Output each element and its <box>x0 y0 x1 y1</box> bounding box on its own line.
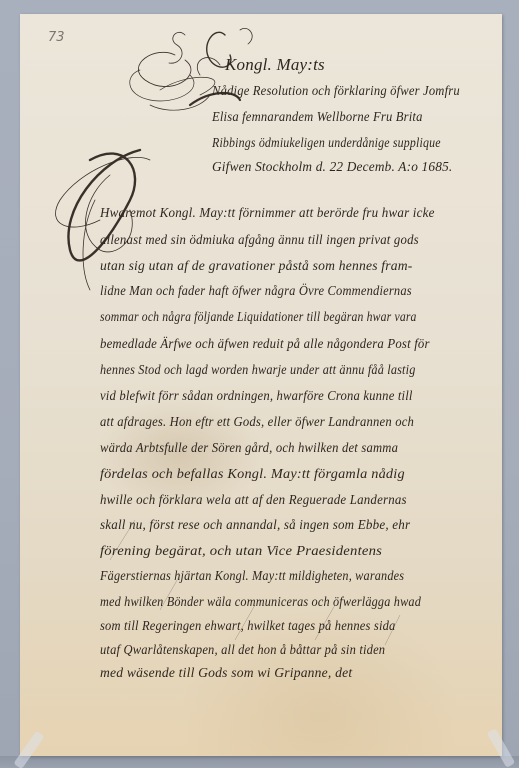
body-line-1: Hwaremot Kongl. May:tt förnimmer att ber… <box>100 205 435 221</box>
body-line-7: hennes Stod och lagd worden hwarje under… <box>100 362 416 378</box>
heading-line-3: Ribbings ödmiukeligen underdånige suppli… <box>212 136 441 152</box>
folio-number: 73 <box>48 30 65 45</box>
heading-line-2: Elisa femnarandem Wellborne Fru Brita <box>212 110 423 126</box>
heading-salutation: Kongl. May:ts <box>225 55 325 75</box>
body-line-2: allenast med sin ödmiuka afgång ännu til… <box>100 232 419 248</box>
body-line-17: som till Regeringen ehwart, hwilket tage… <box>100 618 395 634</box>
body-line-13: skall nu, först rese och annandal, så in… <box>100 517 410 533</box>
body-line-8: vid blefwit förr sådan ordningen, hwarfö… <box>100 388 413 404</box>
body-line-10: wärda Arbtsfulle der Sören gård, och hwi… <box>100 440 398 456</box>
body-line-12: hwille och förklara wela att af den Regu… <box>100 492 407 508</box>
body-line-14: förening begärat, och utan Vice Praeside… <box>100 543 382 559</box>
body-line-19: med wäsende till Gods som wi Gripanne, d… <box>100 665 352 681</box>
body-line-11: fördelas och befallas Kongl. May:tt förg… <box>100 466 405 482</box>
display-stand-base <box>0 756 519 768</box>
heading-line-4: Gifwen Stockholm d. 22 Decemb. A:o 1685. <box>212 160 452 176</box>
heading-line-1: Nådige Resolution och förklaring öfwer J… <box>212 84 460 100</box>
body-line-9: att afdrages. Hon eftr ett Gods, eller ö… <box>100 414 414 430</box>
body-line-16: med hwilken Bönder wäla communiceras och… <box>100 594 421 610</box>
body-line-4: lidne Man och fader haft öfwer några Övr… <box>100 283 412 299</box>
body-line-5: sommar och några följande Liquidationer … <box>100 309 417 325</box>
body-line-15: Fägerstiernas hjärtan Kongl. May:tt mild… <box>100 568 404 584</box>
body-line-3: utan sig utan af de gravationer påstå so… <box>100 258 413 274</box>
body-line-6: bemedlade Ärfwe och äfwen reduit på alle… <box>100 336 430 352</box>
body-line-18: utaf Qwarlåtenskapen, all det hon å bått… <box>100 642 385 658</box>
